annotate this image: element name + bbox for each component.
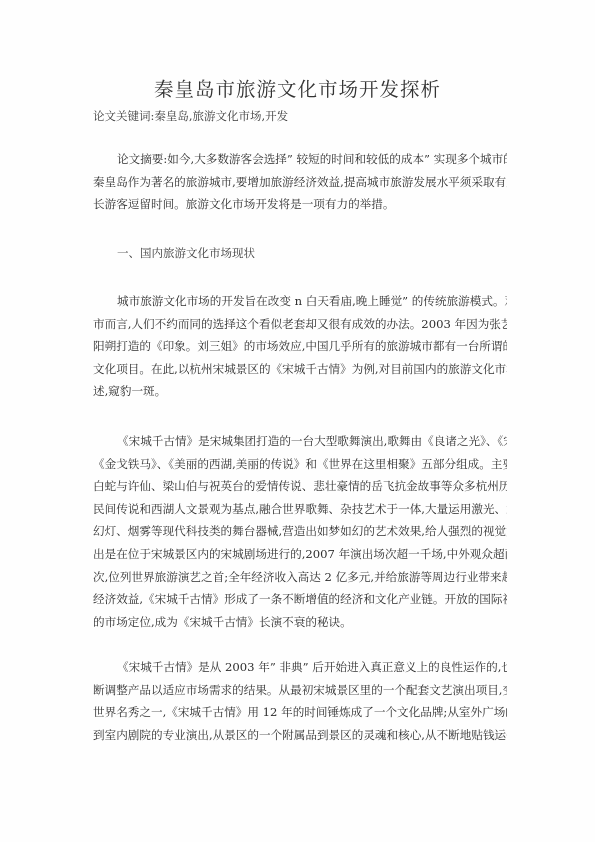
document-title: 秦皇岛市旅游文化市场开发探析 bbox=[0, 74, 595, 102]
paragraph-line: 世界名秀之一,《宋城千古情》用 12 年的时间锤炼成了一个文化品牌;从室外广场的… bbox=[93, 701, 507, 724]
abstract-line: 秦皇岛作为著名的旅游城市,要增加旅游经济效益,提高城市旅游发展水平须采取有力措施… bbox=[93, 171, 507, 194]
paragraph-2: 《宋城千古情》是宋城集团打造的一台大型歌舞演出,歌舞由《良诸之光》、《宋宫宴舞》… bbox=[93, 430, 507, 633]
abstract-line: 长游客逗留时间。旅游文化市场开发将是一项有力的举措。 bbox=[93, 193, 507, 216]
paragraph-line: 民间传说和西湖人文景观为基点,融合世界歌舞、杂技艺术于一体,大量运用激光、水幕、… bbox=[93, 498, 507, 521]
paragraph-line: 次,位列世界旅游演艺之首;全年经济收入高达 2 亿多元,并给旅游等周边行业带来超… bbox=[93, 566, 507, 589]
abstract: 论文摘要:如今,大多数游客会选择” 较短的时间和较低的成本” 实现多个城市的游览… bbox=[93, 148, 507, 216]
paragraph-line: 白蛇与许仙、梁山伯与祝英台的爱情传说、悲壮豪情的岳飞抗金故事等众多杭州历史典故、 bbox=[93, 475, 507, 498]
paragraph-line: 市而言,人们不约而同的选择这个看似老套却又很有成效的办法。2003 年因为张艺谋… bbox=[93, 313, 507, 336]
paragraph-1: 城市旅游文化市场的开发旨在改变 n 白天看庙,晚上睡觉” 的传统旅游模式。对很多… bbox=[93, 290, 507, 403]
paragraph-line: 城市旅游文化市场的开发旨在改变 n 白天看庙,晚上睡觉” 的传统旅游模式。对很多… bbox=[93, 290, 507, 313]
paragraph-line: 的市场定位,成为《宋城千古情》长演不衰的秘诀。 bbox=[93, 611, 507, 634]
paragraph-line: 阳朔打造的《印象。刘三姐》的市场效应,中国几乎所有的旅游城市都有一台所谓的标志性 bbox=[93, 335, 507, 358]
paragraph-line: 幻灯、烟雾等现代科技类的舞台器械,营造出如梦如幻的艺术效果,给人强烈的视觉震撼。… bbox=[93, 520, 507, 543]
paragraph-line: 文化项目。在此,以杭州宋城景区的《宋城千古情》为例,对目前国内的旅游文化市场作一… bbox=[93, 358, 507, 381]
paragraph-line: 《宋城千古情》是宋城集团打造的一台大型歌舞演出,歌舞由《良诸之光》、《宋宫宴舞》… bbox=[93, 430, 507, 453]
keywords-line: 论文关键词:秦皇岛,旅游文化市场,开发 bbox=[93, 108, 288, 124]
paragraph-line: 出是在位于宋城景区内的宋城剧场进行的,2007 年演出场次超一千场,中外观众超两… bbox=[93, 543, 507, 566]
paragraph-line: 《金戈铁马》、《美丽的西湖,美丽的传说》和《世界在这里相聚》五部分组成。主要内容… bbox=[93, 453, 507, 476]
paragraph-line: 断调整产品以适应市场需求的结果。从最初宋城景区里的一个配套文艺演出项目,变成如今 bbox=[93, 679, 507, 702]
paragraph-line: 《宋城千古情》是从 2003 年” 非典” 后开始进入真正意义上的良性运作的,也… bbox=[93, 656, 507, 679]
abstract-line: 论文摘要:如今,大多数游客会选择” 较短的时间和较低的成本” 实现多个城市的游览… bbox=[93, 148, 507, 171]
paragraph-line: 述,窥豹一斑。 bbox=[93, 380, 507, 403]
document-page: 秦皇岛市旅游文化市场开发探析 论文关键词:秦皇岛,旅游文化市场,开发 论文摘要:… bbox=[0, 0, 595, 842]
paragraph-3: 《宋城千古情》是从 2003 年” 非典” 后开始进入真正意义上的良性运作的,也… bbox=[93, 656, 507, 746]
paragraph-line: 经济效益,《宋城千古情》形成了一条不断增值的经济和文化产业链。开放的国际视野,准… bbox=[93, 588, 507, 611]
paragraph-line: 到室内剧院的专业演出,从景区的一个附属品到景区的灵魂和核心,从不断地贴钱运作到成… bbox=[93, 724, 507, 747]
section-heading: 一、国内旅游文化市场现状 bbox=[117, 245, 255, 261]
